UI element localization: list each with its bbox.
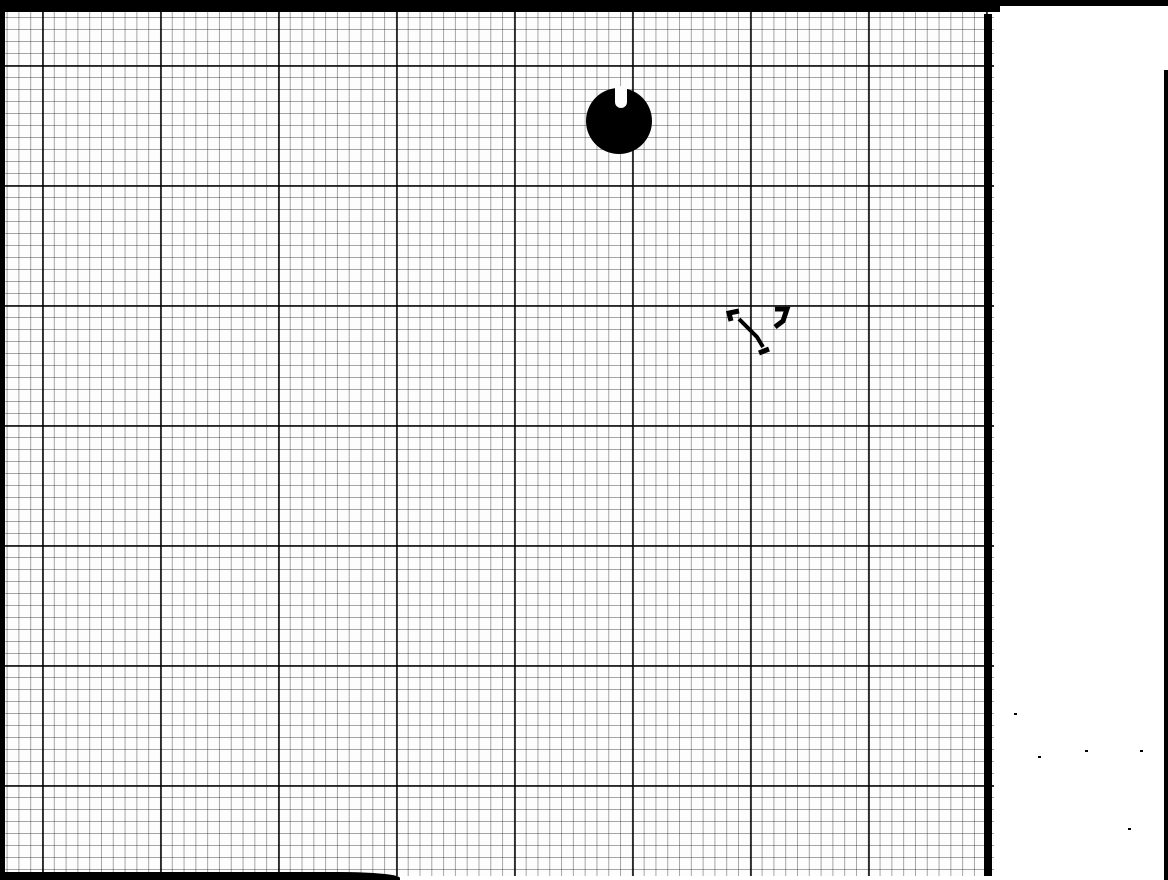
- graph-paper-grid: [4, 10, 994, 876]
- dust-speck: [1038, 756, 1041, 758]
- dust-speck: [1014, 713, 1017, 715]
- scan-border-top-right: [990, 0, 1168, 6]
- scan-border-right: [1164, 70, 1168, 880]
- scanned-page: [0, 0, 1168, 880]
- dust-speck: [1085, 750, 1088, 752]
- dust-speck: [1140, 750, 1143, 752]
- punch-hole-notch: [615, 86, 627, 108]
- scan-border-bottom: [0, 872, 400, 880]
- scan-border-top: [0, 0, 1000, 12]
- scan-border-left: [0, 0, 5, 880]
- paper-edge-right: [984, 14, 992, 876]
- pen-mark-icon: [725, 303, 805, 363]
- dust-speck: [1128, 828, 1131, 830]
